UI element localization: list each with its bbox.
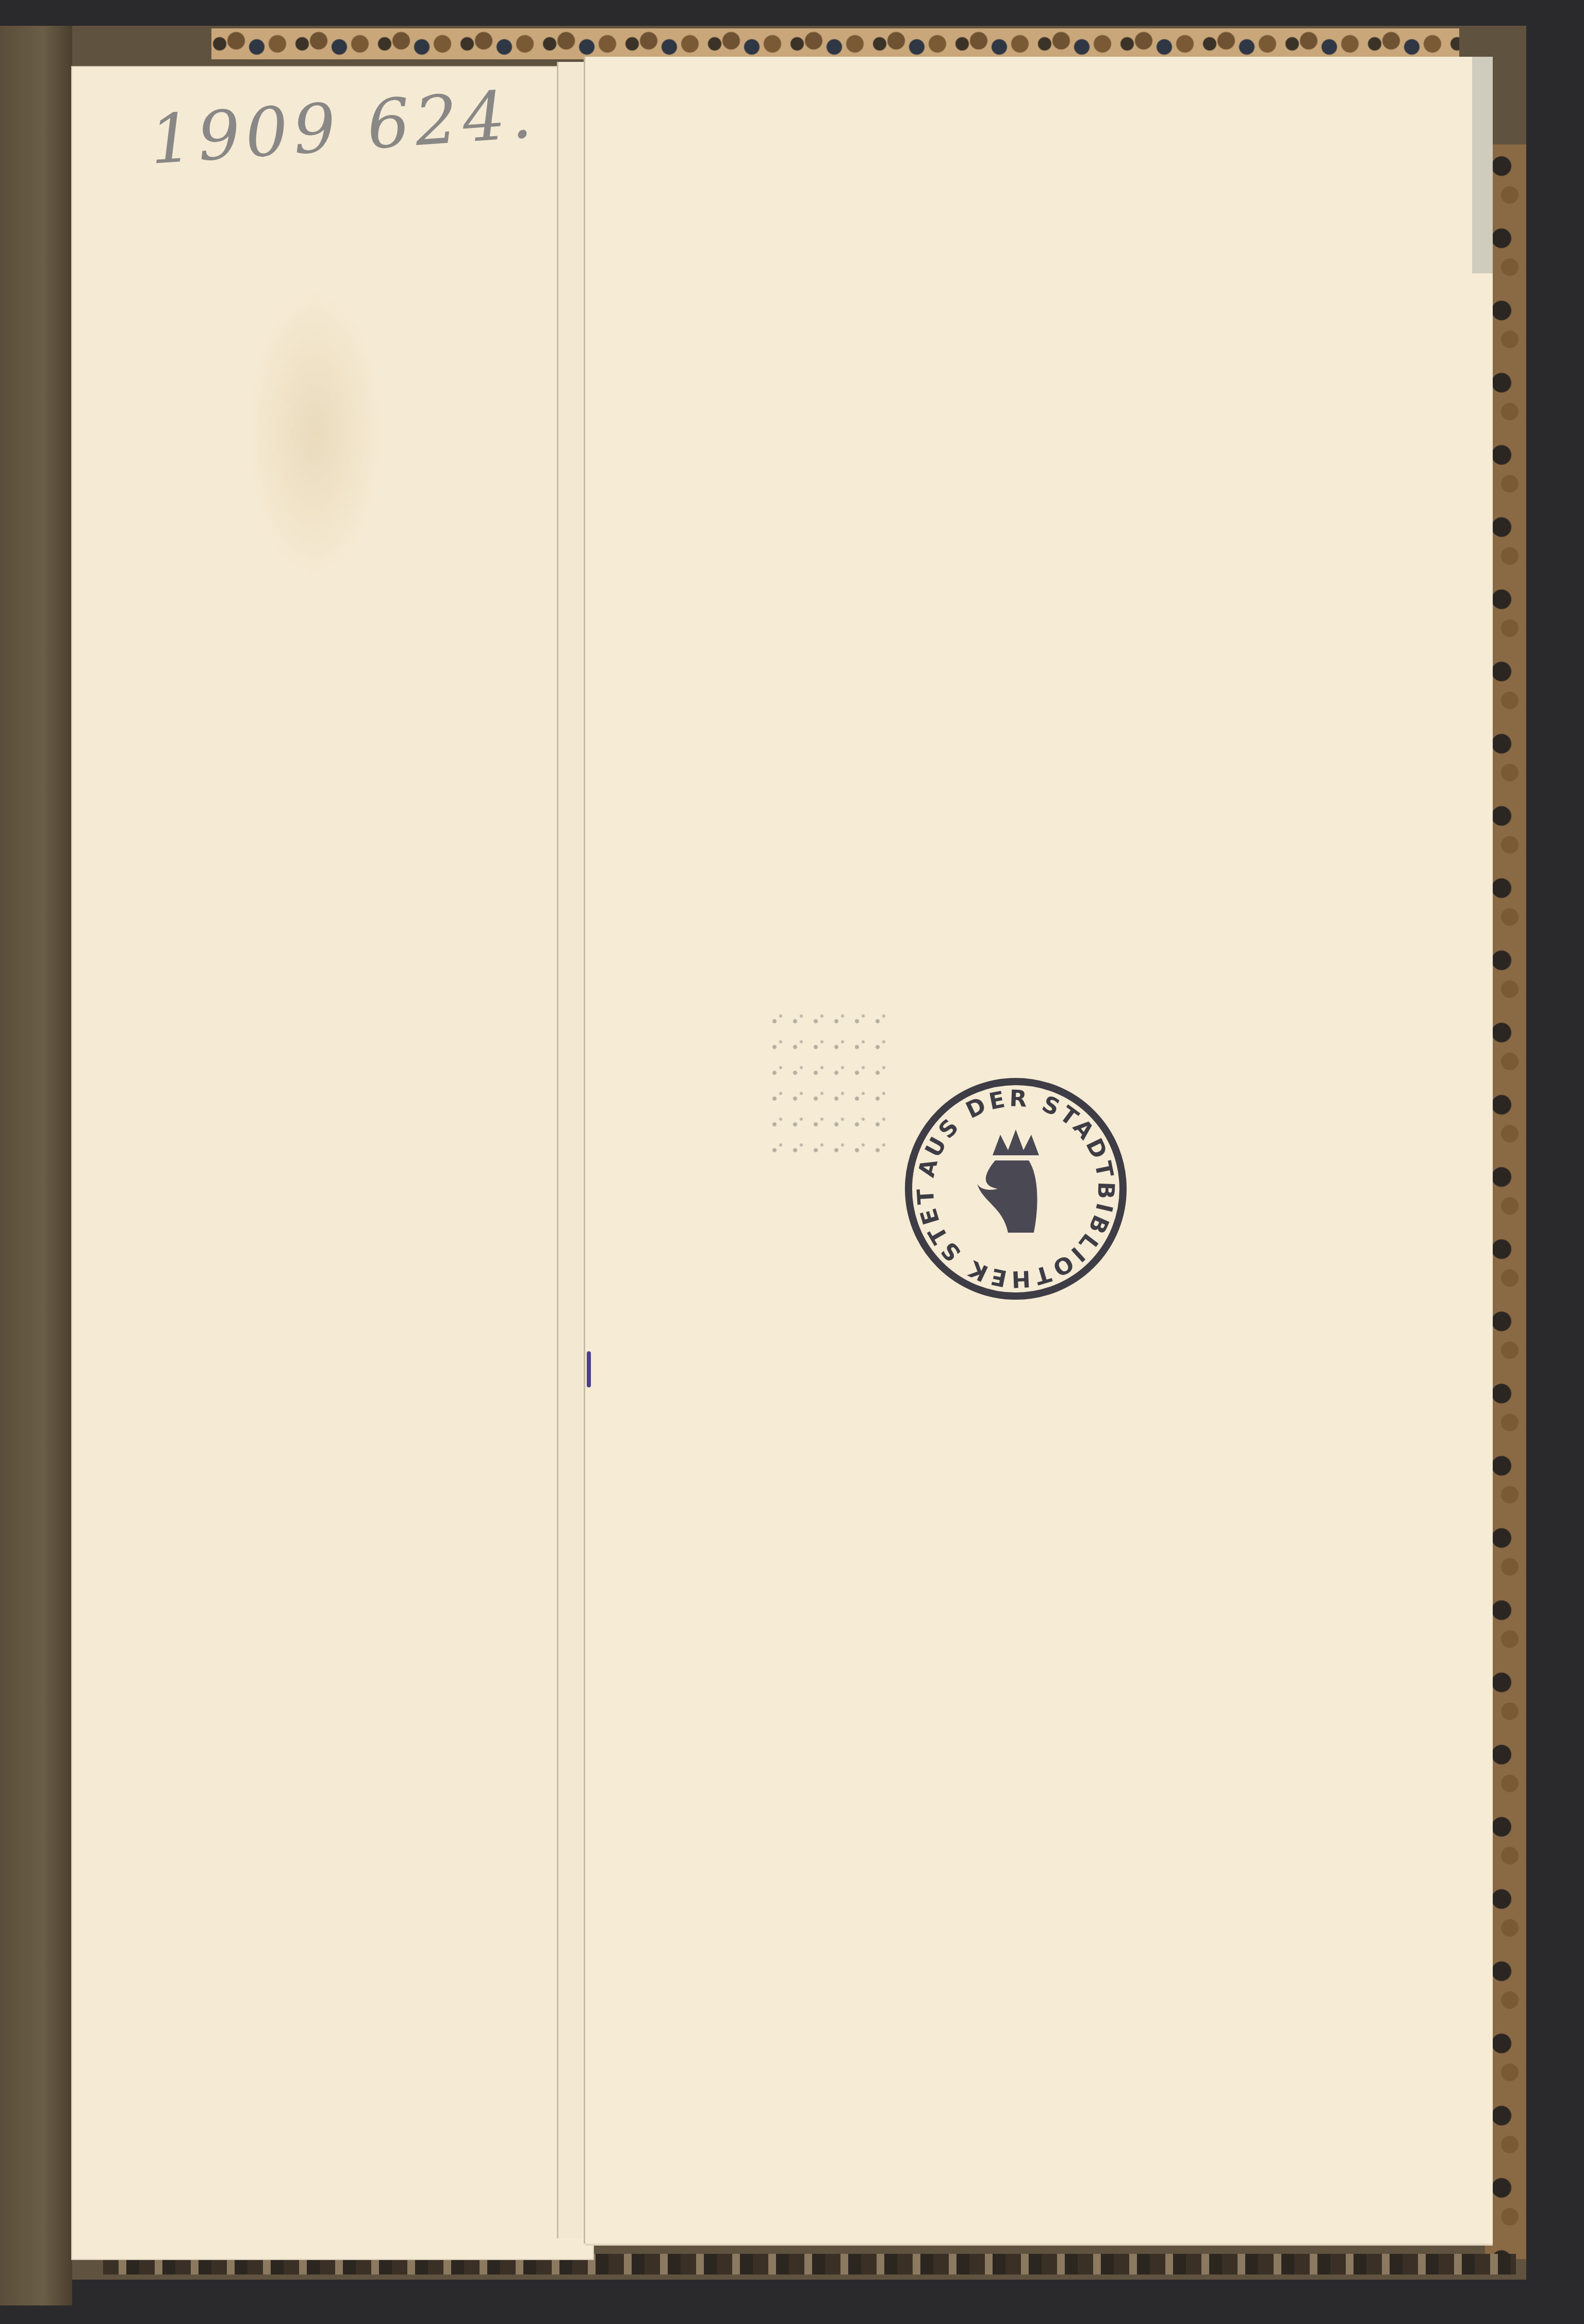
paper-stain [247, 289, 382, 578]
folded-page-edge [557, 62, 586, 2238]
book-spine [0, 26, 72, 2305]
library-stamp: AUS DER STADTBIBLIOTHEK STETTIN [905, 1078, 1127, 1300]
paper-slip [1472, 57, 1493, 273]
marbled-edge-top [211, 28, 1459, 59]
ink-specks [768, 1011, 892, 1166]
griffin-crown-icon [977, 1130, 1039, 1233]
violet-ink-mark [587, 1351, 591, 1387]
